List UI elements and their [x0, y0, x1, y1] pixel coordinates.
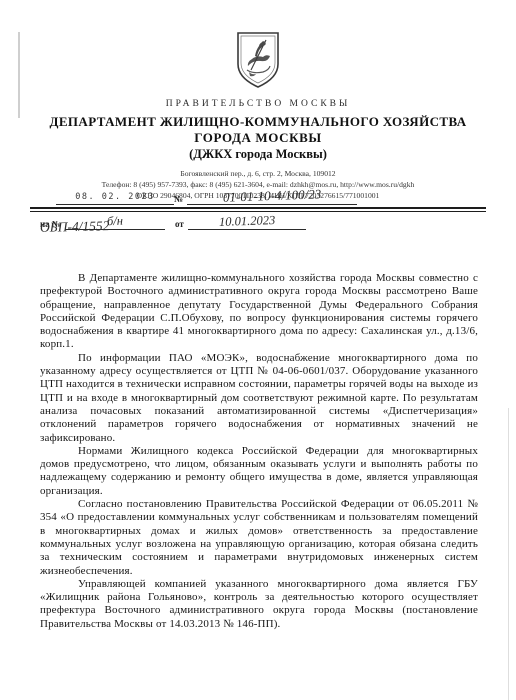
- outgoing-reference-row: 08. 02. 2023 № 01-01-10-4/100/23: [40, 188, 370, 205]
- outgoing-date-line: 08. 02. 2023: [56, 191, 174, 205]
- from-label: от: [165, 219, 188, 230]
- date-stamp: 08. 02. 2023: [75, 192, 154, 204]
- paragraph-4: Согласно постановлению Правительства Рос…: [40, 498, 478, 578]
- government-title: ПРАВИТЕЛЬСТВО МОСКВЫ: [0, 99, 516, 109]
- letterhead-address: Богоявленский пер., д. 6, стр. 2, Москва…: [0, 169, 516, 179]
- department-short-name: (ДЖКХ города Москвы): [0, 147, 516, 162]
- department-name-line1: ДЕПАРТАМЕНТ ЖИЛИЩНО-КОММУНАЛЬНОГО ХОЗЯЙС…: [0, 114, 516, 130]
- scan-artifact-line-left: [18, 32, 20, 118]
- paragraph-3: Нормами Жилищного кодекса Российской Фед…: [40, 445, 478, 498]
- letter-body: В Департаменте жилищно-коммунального хоз…: [40, 272, 478, 631]
- incoming-date-handwriting: 10.01.2023: [218, 213, 275, 230]
- incoming-date-line: 10.01.2023: [188, 214, 306, 230]
- number-sign-label: №: [174, 194, 187, 205]
- paragraph-1: В Департаменте жилищно-коммунального хоз…: [40, 272, 478, 352]
- outgoing-number-handwriting: 01-01-10-4/100/23: [223, 186, 322, 205]
- paragraph-5: Управляющей компанией указанного многокв…: [40, 578, 478, 631]
- reference-block: 08. 02. 2023 № 01-01-10-4/100/23 на № б/…: [40, 188, 370, 230]
- scan-artifact-line-right: [508, 408, 510, 700]
- moscow-coat-of-arms-icon: [233, 30, 283, 90]
- outgoing-number-line: 01-01-10-4/100/23: [187, 188, 357, 205]
- paragraph-2: По информации ПАО «МОЭК», водоснабжение …: [40, 352, 478, 445]
- letterhead: ПРАВИТЕЛЬСТВО МОСКВЫ ДЕПАРТАМЕНТ ЖИЛИЩНО…: [0, 0, 516, 212]
- scanned-letter-page: ПРАВИТЕЛЬСТВО МОСКВЫ ДЕПАРТАМЕНТ ЖИЛИЩНО…: [0, 0, 516, 700]
- department-name-line2: ГОРОДА МОСКВЫ: [0, 130, 516, 146]
- case-number-handwriting: ОБП-4/1552: [40, 218, 110, 236]
